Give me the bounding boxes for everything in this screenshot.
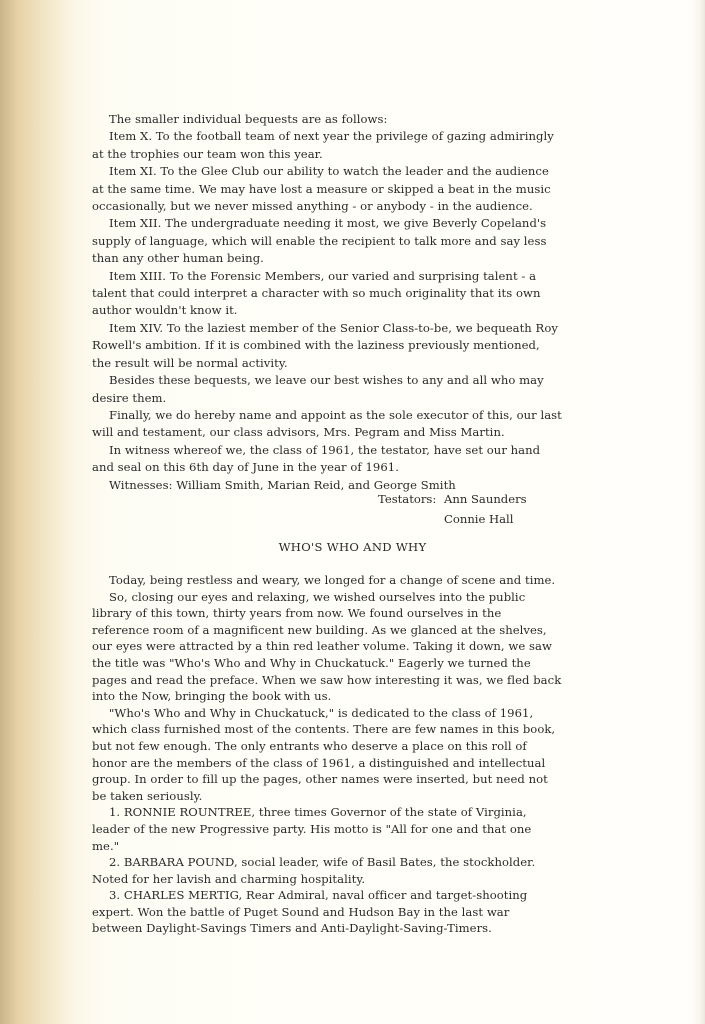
bequest-item-xiv: Item XIV. To the laziest member of the S… [92,320,562,372]
testators-signature-block: Testators: Ann Saunders Connie Hall [378,489,527,529]
testator-name: Connie Hall [444,509,527,529]
testator-name: Ann Saunders [444,489,527,509]
bequest-item-xiii: Item XIII. To the Forensic Members, our … [92,268,562,320]
bequest-item-x: Item X. To the football team of next yea… [92,128,562,163]
witness-whereof-paragraph: In witness whereof we, the class of 1961… [92,442,562,477]
entry-barbara-pound: 2. BARBARA POUND, social leader, wife of… [92,854,562,887]
paragraph: "Who's Who and Why in Chuckatuck," is de… [92,705,562,805]
entry-charles-mertig: 3. CHARLES MERTIG, Rear Admiral, naval o… [92,887,562,937]
document-page: The smaller individual bequests are as f… [0,0,705,1024]
paragraph: So, closing our eyes and relaxing, we wi… [92,589,562,705]
bequest-item-xii: Item XII. The undergraduate needing it m… [92,215,562,267]
section-heading: WHO'S WHO AND WHY [0,540,705,554]
bequests-section: The smaller individual bequests are as f… [92,111,562,494]
entry-ronnie-rountree: 1. RONNIE ROUNTREE, three times Governor… [92,804,562,854]
bequest-item-xi: Item XI. To the Glee Club our ability to… [92,163,562,215]
best-wishes-paragraph: Besides these bequests, we leave our bes… [92,372,562,407]
paragraph: Today, being restless and weary, we long… [92,572,562,589]
testators-label: Testators: [378,489,444,529]
executor-paragraph: Finally, we do hereby name and appoint a… [92,407,562,442]
bequests-intro: The smaller individual bequests are as f… [92,111,562,128]
whos-who-section: Today, being restless and weary, we long… [92,572,562,937]
